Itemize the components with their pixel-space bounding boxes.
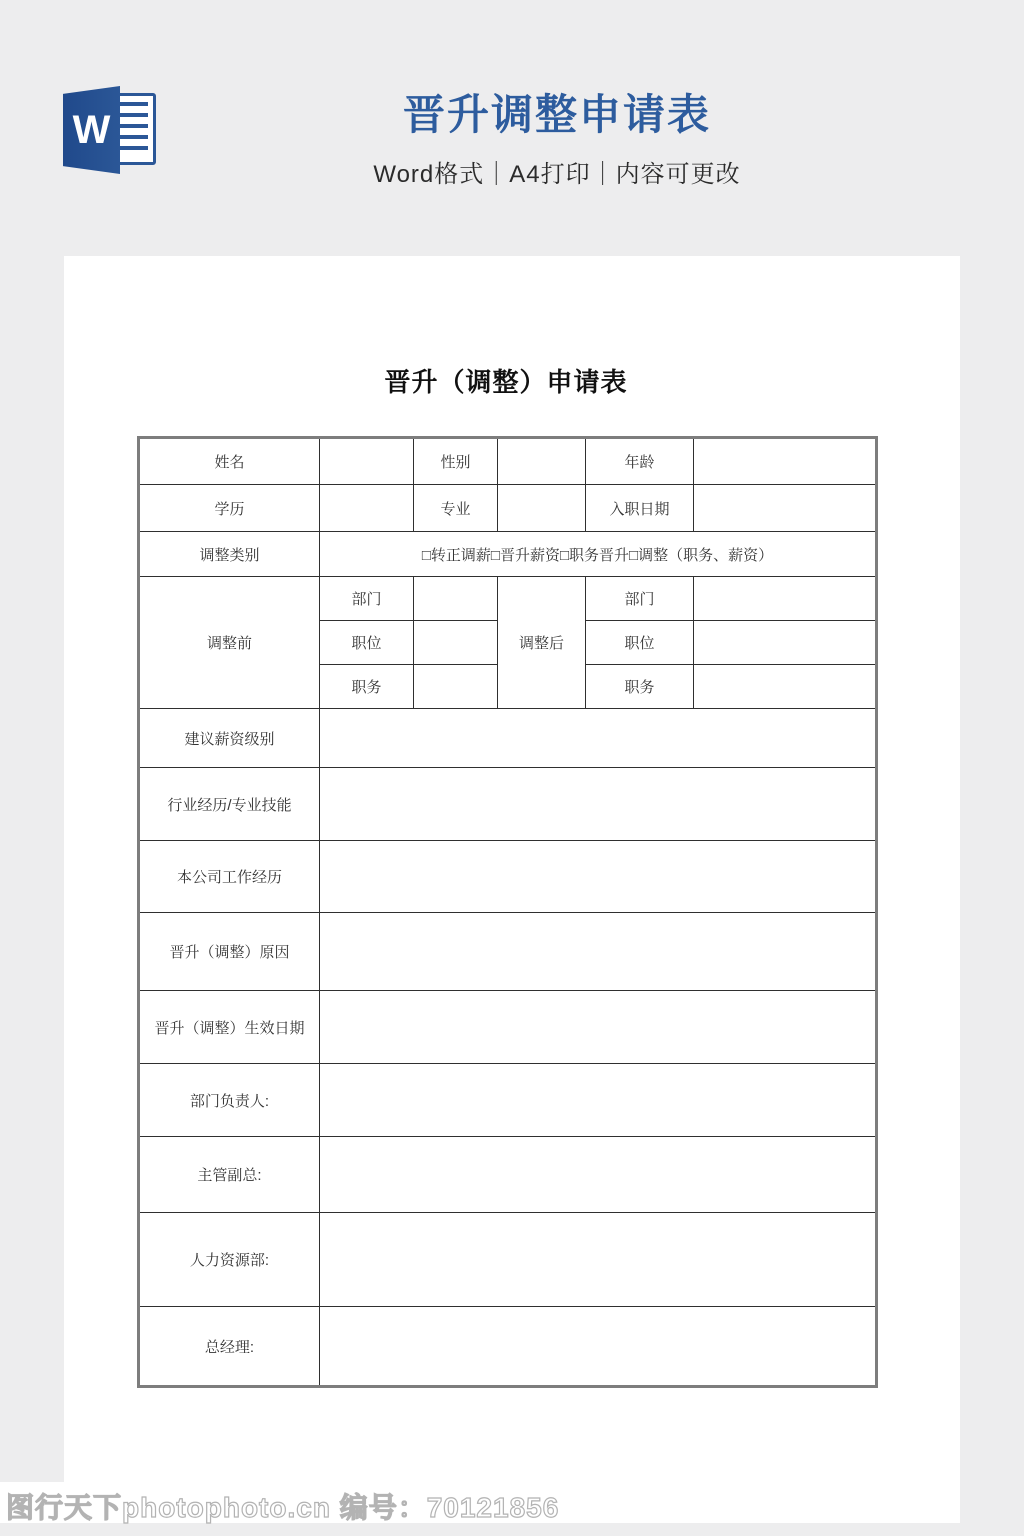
- label-company-work-history: 本公司工作经历: [139, 841, 320, 913]
- page-subtitle: Word格式｜A4打印｜内容可更改: [90, 154, 1024, 189]
- label-before-position: 职位: [320, 621, 414, 665]
- watermark-text: 图行天下photophoto.cn 编号：70121856: [6, 1486, 559, 1526]
- empty-cell: [320, 841, 877, 913]
- label-before-duty: 职务: [320, 665, 414, 709]
- label-name: 姓名: [139, 438, 320, 485]
- empty-cell: [694, 577, 877, 621]
- empty-cell: [498, 485, 586, 532]
- empty-cell: [320, 991, 877, 1064]
- table-row: 姓名 性别 年龄: [139, 438, 877, 485]
- table-row: 晋升（调整）原因: [139, 913, 877, 991]
- watermark-bar: 图行天下photophoto.cn 编号：70121856: [0, 1482, 560, 1523]
- empty-cell: [694, 621, 877, 665]
- label-after-position: 职位: [586, 621, 694, 665]
- table-row: 学历 专业 入职日期: [139, 485, 877, 532]
- empty-cell: [320, 485, 414, 532]
- label-hr-department: 人力资源部:: [139, 1213, 320, 1307]
- empty-cell: [320, 1137, 877, 1213]
- empty-cell: [414, 665, 498, 709]
- header: W 晋升调整申请表 Word格式｜A4打印｜内容可更改: [0, 0, 1024, 256]
- empty-cell: [414, 577, 498, 621]
- label-gender: 性别: [414, 438, 498, 485]
- document-title: 晋升（调整）申请表: [64, 362, 948, 399]
- empty-cell: [694, 665, 877, 709]
- empty-cell: [320, 438, 414, 485]
- table-row: 建议薪资级别: [139, 709, 877, 768]
- label-education: 学历: [139, 485, 320, 532]
- page-title: 晋升调整申请表: [90, 92, 1024, 138]
- adjust-category-options: □转正调薪□晋升薪资□职务晋升□调整（职务、薪资）: [320, 532, 877, 577]
- empty-cell: [694, 485, 877, 532]
- label-before-department: 部门: [320, 577, 414, 621]
- label-general-manager: 总经理:: [139, 1307, 320, 1387]
- label-promotion-reason: 晋升（调整）原因: [139, 913, 320, 991]
- table-row: 调整类别 □转正调薪□晋升薪资□职务晋升□调整（职务、薪资）: [139, 532, 877, 577]
- label-after-department: 部门: [586, 577, 694, 621]
- label-before-adjust: 调整前: [139, 577, 320, 709]
- application-form-table: 姓名 性别 年龄 学历 专业 入职日期 调整类别 □转正调薪□晋升薪资□职务晋升…: [137, 436, 878, 1388]
- table-row: 调整前 部门 调整后 部门: [139, 577, 877, 621]
- empty-cell: [694, 438, 877, 485]
- empty-cell: [320, 1064, 877, 1137]
- empty-cell: [320, 709, 877, 768]
- table-row: 行业经历/专业技能: [139, 768, 877, 841]
- table-row: 人力资源部:: [139, 1213, 877, 1307]
- label-department-head: 部门负责人:: [139, 1064, 320, 1137]
- table-row: 部门负责人:: [139, 1064, 877, 1137]
- label-suggested-salary-level: 建议薪资级别: [139, 709, 320, 768]
- label-hire-date: 入职日期: [586, 485, 694, 532]
- empty-cell: [320, 768, 877, 841]
- empty-cell: [498, 438, 586, 485]
- label-adjust-category: 调整类别: [139, 532, 320, 577]
- table-row: 主管副总:: [139, 1137, 877, 1213]
- table-row: 总经理:: [139, 1307, 877, 1387]
- table-row: 本公司工作经历: [139, 841, 877, 913]
- label-effective-date: 晋升（调整）生效日期: [139, 991, 320, 1064]
- document-page: 晋升（调整）申请表 姓名 性别 年龄 学历 专业 入职日期: [64, 256, 960, 1523]
- label-age: 年龄: [586, 438, 694, 485]
- header-text: 晋升调整申请表 Word格式｜A4打印｜内容可更改: [90, 92, 1024, 189]
- empty-cell: [414, 621, 498, 665]
- label-major: 专业: [414, 485, 498, 532]
- template-preview-page: W 晋升调整申请表 Word格式｜A4打印｜内容可更改 晋升（调整）申请表 姓名…: [0, 0, 1024, 1536]
- empty-cell: [320, 913, 877, 991]
- label-deputy-general-manager: 主管副总:: [139, 1137, 320, 1213]
- label-after-adjust: 调整后: [498, 577, 586, 709]
- empty-cell: [320, 1213, 877, 1307]
- label-industry-experience: 行业经历/专业技能: [139, 768, 320, 841]
- table-row: 晋升（调整）生效日期: [139, 991, 877, 1064]
- empty-cell: [320, 1307, 877, 1387]
- label-after-duty: 职务: [586, 665, 694, 709]
